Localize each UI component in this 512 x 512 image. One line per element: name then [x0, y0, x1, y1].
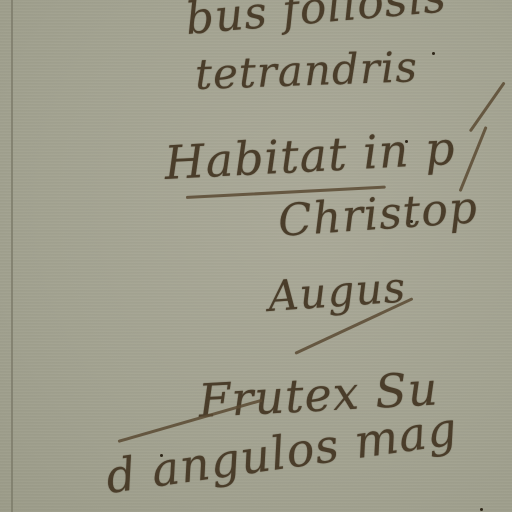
manuscript-line-1: bus foliosis — [184, 0, 449, 45]
ink-speck — [480, 508, 483, 511]
margin-rule — [11, 0, 13, 512]
ink-speck — [410, 220, 413, 223]
ink-speck — [160, 454, 163, 457]
manuscript-line-2: tetrandris — [194, 42, 418, 99]
manuscript-line-3-habitat: Habitat in p — [163, 121, 457, 190]
manuscript-page: bus foliosis tetrandris Habitat in p Chr… — [0, 0, 512, 512]
pen-flourish — [469, 81, 506, 132]
ink-speck — [405, 140, 408, 143]
ink-speck — [432, 52, 435, 55]
